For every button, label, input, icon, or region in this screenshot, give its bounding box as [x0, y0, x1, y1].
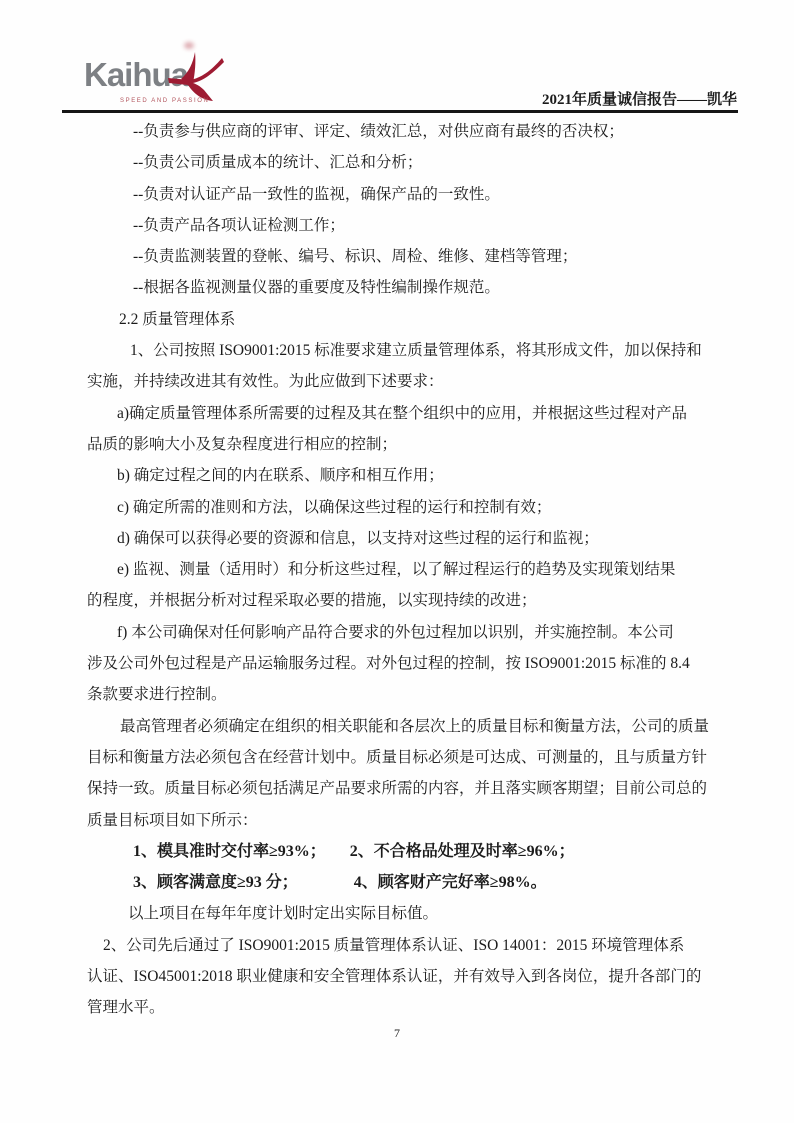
- text-line: 以上项目在每年年度计划时定出实际目标值。: [87, 898, 755, 929]
- text-line: 认证、ISO45001:2018 职业健康和安全管理体系认证，并有效导入到各岗位…: [87, 961, 755, 992]
- text-line: --负责监测装置的登帐、编号、标识、周检、维修、建档等管理；: [87, 241, 755, 272]
- text-line: b) 确定过程之间的内在联系、顺序和相互作用；: [87, 460, 755, 491]
- text-line: --负责公司质量成本的统计、汇总和分析；: [87, 147, 755, 178]
- text-line: e) 监视、测量（适用时）和分析这些过程，以了解过程运行的趋势及实现策划结果: [87, 554, 755, 585]
- text-line: 保持一致。质量目标必须包括满足产品要求所需的内容，并且落实顾客期望；目前公司总的: [87, 773, 755, 804]
- text-line: 目标和衡量方法必须包含在经营计划中。质量目标必须是可达成、可测量的，且与质量方针: [87, 742, 755, 773]
- header-divider-line: [62, 110, 738, 113]
- text-line: 条款要求进行控制。: [87, 679, 755, 710]
- document-body: --负责参与供应商的评审、评定、绩效汇总，对供应商有最终的否决权；--负责公司质…: [87, 116, 755, 1024]
- logo-tagline: SPEED AND PASSION: [120, 98, 209, 104]
- report-header-title: 2021年质量诚信报告——凯华: [542, 88, 737, 109]
- text-line: --负责产品各项认证检测工作；: [87, 210, 755, 241]
- text-line: 2.2 质量管理体系: [87, 304, 755, 335]
- text-line: 最高管理者必须确定在组织的相关职能和各层次上的质量目标和衡量方法，公司的质量: [87, 711, 755, 742]
- text-line: 1、公司按照 ISO9001:2015 标准要求建立质量管理体系，将其形成文件，…: [87, 335, 755, 366]
- text-line: 的程度，并根据分析对过程采取必要的措施，以实现持续的改进；: [87, 585, 755, 616]
- text-line: c) 确定所需的准则和方法，以确保这些过程的运行和控制有效；: [87, 492, 755, 523]
- company-logo: Kaihua SPEED AND PASSION: [84, 50, 244, 110]
- text-line: --根据各监视测量仪器的重要度及特性编制操作规范。: [87, 272, 755, 303]
- text-line: 涉及公司外包过程是产品运输服务过程。对外包过程的控制，按 ISO9001:201…: [87, 648, 755, 679]
- text-line: --负责对认证产品一致性的监视，确保产品的一致性。: [87, 179, 755, 210]
- text-line: 3、顾客满意度≥93 分； 4、顾客财产完好率≥98%。: [87, 867, 755, 898]
- text-line: 质量目标项目如下所示：: [87, 805, 755, 836]
- document-page: Kaihua SPEED AND PASSION 2021年质量诚信报告——凯华…: [0, 0, 794, 1123]
- text-line: 管理水平。: [87, 992, 755, 1023]
- hummingbird-logo-icon: [166, 52, 224, 104]
- text-line: 1、模具准时交付率≥93%； 2、不合格品处理及时率≥96%；: [87, 836, 755, 867]
- page-number: 7: [0, 1026, 794, 1041]
- text-line: d) 确保可以获得必要的资源和信息，以支持对这些过程的运行和监视；: [87, 523, 755, 554]
- scan-artifact: [184, 42, 194, 49]
- text-line: 品质的影响大小及复杂程度进行相应的控制；: [87, 429, 755, 460]
- text-line: --负责参与供应商的评审、评定、绩效汇总，对供应商有最终的否决权；: [87, 116, 755, 147]
- text-line: f) 本公司确保对任何影响产品符合要求的外包过程加以识别，并实施控制。本公司: [87, 617, 755, 648]
- text-line: 2、公司先后通过了 ISO9001:2015 质量管理体系认证、ISO 1400…: [87, 930, 755, 961]
- text-line: a)确定质量管理体系所需要的过程及其在整个组织中的应用，并根据这些过程对产品: [87, 398, 755, 429]
- text-line: 实施，并持续改进其有效性。为此应做到下述要求：: [87, 366, 755, 397]
